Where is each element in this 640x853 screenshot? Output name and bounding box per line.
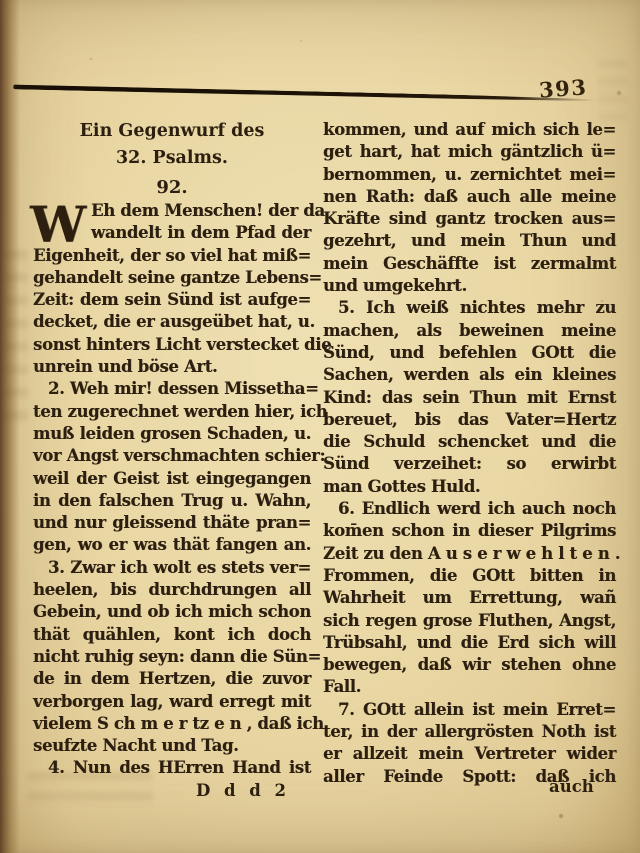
text-line: sich regen grose Fluthen, Angst, (323, 610, 616, 632)
paper-specks (0, 0, 2, 2)
text-line: bernommen, u. zernichtet mei= (323, 164, 616, 186)
book-page-scan: 393 Ein Gegenwurf des 32. Psalms. 92. W … (0, 0, 640, 853)
text-line: man Gottes Huld. (323, 476, 616, 498)
text-line: 4. Nun des HErren Hand ist (33, 757, 311, 779)
text-line: thät quählen, kont ich doch (33, 624, 311, 646)
text-line: vor Angst verschmachten schier: (33, 445, 311, 467)
text-line: muß leiden grosen Schaden, u. (33, 423, 311, 445)
text-line: Kind: das sein Thun mit Ernst (323, 387, 616, 409)
text-line: Wahrheit um Errettung, wañ (323, 587, 616, 609)
text-line: die Schuld schencket und die (323, 431, 616, 453)
text-line: er allzeit mein Vertreter wider (323, 743, 616, 765)
header-rule (13, 84, 595, 103)
text-line: heelen, bis durchdrungen all (33, 579, 311, 601)
ink-bleedthrough-right-margin (598, 60, 628, 120)
hymn-title-line2: 32. Psalms. (33, 145, 311, 172)
right-column-text: kommen, und auf mich sich le=get hart, h… (323, 119, 616, 788)
text-line: weil der Geist ist eingegangen (33, 468, 311, 490)
text-line: bereuet, bis das Vater=Hertz (323, 409, 616, 431)
text-line: unrein und böse Art. (33, 356, 311, 378)
book-binding-edge (0, 0, 20, 853)
text-line: Trübsahl, und die Erd sich will (323, 632, 616, 654)
text-line: gen, wo er was thät fangen an. (33, 534, 311, 556)
left-column: Ein Gegenwurf des 32. Psalms. 92. W Eh d… (33, 118, 311, 780)
text-line: gehandelt seine gantze Lebens= (33, 267, 311, 289)
text-line: bewegen, daß wir stehen ohne (323, 654, 616, 676)
text-line: und umgekehrt. (323, 275, 616, 297)
text-line: ten zugerechnet werden hier, ich (33, 401, 311, 423)
text-line: in den falschen Trug u. Wahn, (33, 490, 311, 512)
text-line: mein Geschäffte ist zermalmt (323, 253, 616, 275)
text-line: 6. Endlich werd ich auch noch (323, 498, 616, 520)
text-line: 2. Weh mir! dessen Missetha= (33, 378, 311, 400)
right-column: kommen, und auf mich sich le=get hart, h… (323, 119, 616, 788)
text-line: decket, die er ausgeübet hat, u. (33, 311, 311, 333)
text-line: Kräfte sind gantz trocken aus= (323, 208, 616, 230)
text-line: Zeit: dem sein Sünd ist aufge= (33, 289, 311, 311)
text-line: 3. Zwar ich wolt es stets ver= (33, 557, 311, 579)
catchword: auch (549, 777, 594, 796)
text-line: Sünd, und befehlen GOtt die (323, 342, 616, 364)
text-line: nen Rath: daß auch alle meine (323, 186, 616, 208)
text-line: Zeit zu den A u s e r w e h l t e n . (323, 543, 616, 565)
text-line: Sachen, werden als ein kleines (323, 364, 616, 386)
text-line: vielem S ch m e r tz e n , daß ich (33, 713, 311, 735)
hymn-title-line1: Ein Gegenwurf des (33, 118, 311, 145)
left-column-text: Eh dem Menschen! der dawandelt in dem Pf… (33, 200, 311, 780)
text-line: ter, in der allergrösten Noth ist (323, 721, 616, 743)
text-line: machen, als beweinen meine (323, 320, 616, 342)
text-line: kommen, und auf mich sich le= (323, 119, 616, 141)
text-line: 7. GOtt allein ist mein Erret= (323, 699, 616, 721)
text-line: get hart, hat mich gäntzlich ü= (323, 141, 616, 163)
text-line: kom̄en schon in dieser Pilgrims (323, 520, 616, 542)
text-line: 5. Ich weiß nichtes mehr zu (323, 297, 616, 319)
text-line: Fall. (323, 676, 616, 698)
text-line: Frommen, die GOtt bitten in (323, 565, 616, 587)
text-line: seufzte Nacht und Tag. (33, 735, 311, 757)
drop-cap-initial: W (30, 202, 86, 248)
text-line: sonst hinters Licht verstecket die (33, 334, 311, 356)
text-line: Gebein, und ob ich mich schon (33, 601, 311, 623)
text-line: verborgen lag, ward erregt mit (33, 691, 311, 713)
text-line: nicht ruhig seyn: dann die Sün= (33, 646, 311, 668)
text-line: gezehrt, und mein Thun und (323, 230, 616, 252)
text-line: de in dem Hertzen, die zuvor (33, 668, 311, 690)
hymn-heading: Ein Gegenwurf des 32. Psalms. 92. (33, 118, 311, 200)
text-line: Sünd verzeihet: so erwirbt (323, 453, 616, 475)
text-line: und nur gleissend thäte pran= (33, 512, 311, 534)
signature-mark: D d d 2 (168, 781, 318, 800)
